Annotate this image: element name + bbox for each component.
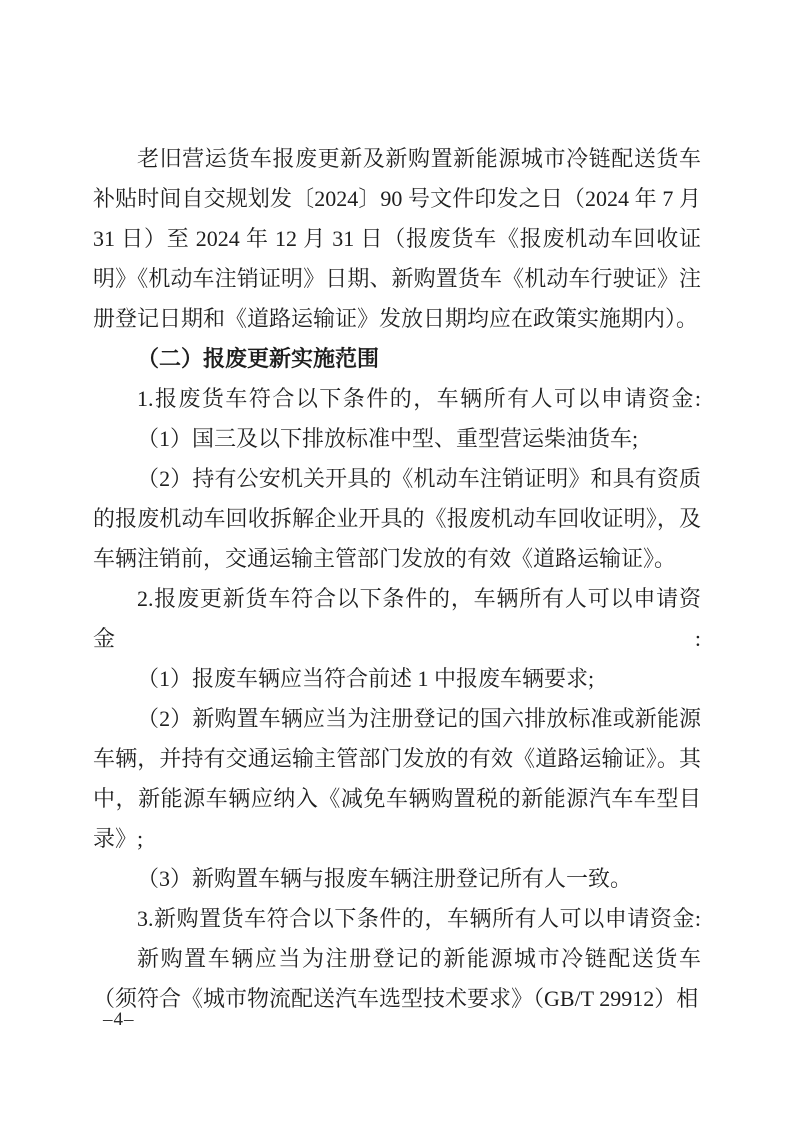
paragraph-subsidy-period: 老旧营运货车报废更新及新购置新能源城市冷链配送货车补贴时间自交规划发〔2024〕… [93, 139, 701, 339]
paragraph-item-1-scrapped-truck: 1.报废货车符合以下条件的，车辆所有人可以申请资金: [93, 379, 701, 419]
paragraph-item-2-renewal-truck: 2.报废更新货车符合以下条件的，车辆所有人可以申请资金: [93, 579, 701, 659]
document-text-block: 老旧营运货车报废更新及新购置新能源城市冷链配送货车补贴时间自交规划发〔2024〕… [93, 139, 701, 1019]
page-number: –4– [103, 1006, 135, 1034]
document-page: 老旧营运货车报废更新及新购置新能源城市冷链配送货车补贴时间自交规划发〔2024〕… [0, 0, 794, 1122]
section-heading-scrappage-scope: （二）报废更新实施范围 [93, 339, 701, 379]
paragraph-item-3-new-truck: 3.新购置货车符合以下条件的，车辆所有人可以申请资金: [93, 899, 701, 939]
paragraph-item-1-sub-1: （1）国三及以下排放标准中型、重型营运柴油货车; [93, 419, 701, 459]
paragraph-item-2-sub-2: （2）新购置车辆应当为注册登记的国六排放标准或新能源车辆，并持有交通运输主管部门… [93, 699, 701, 859]
paragraph-item-3-body: 新购置车辆应当为注册登记的新能源城市冷链配送货车（须符合《城市物流配送汽车选型技… [93, 939, 701, 1019]
paragraph-item-2-sub-1: （1）报废车辆应当符合前述 1 中报废车辆要求; [93, 659, 701, 699]
paragraph-item-1-sub-2: （2）持有公安机关开具的《机动车注销证明》和具有资质的报废机动车回收拆解企业开具… [93, 459, 701, 579]
paragraph-item-2-sub-3: （3）新购置车辆与报废车辆注册登记所有人一致。 [93, 859, 701, 899]
